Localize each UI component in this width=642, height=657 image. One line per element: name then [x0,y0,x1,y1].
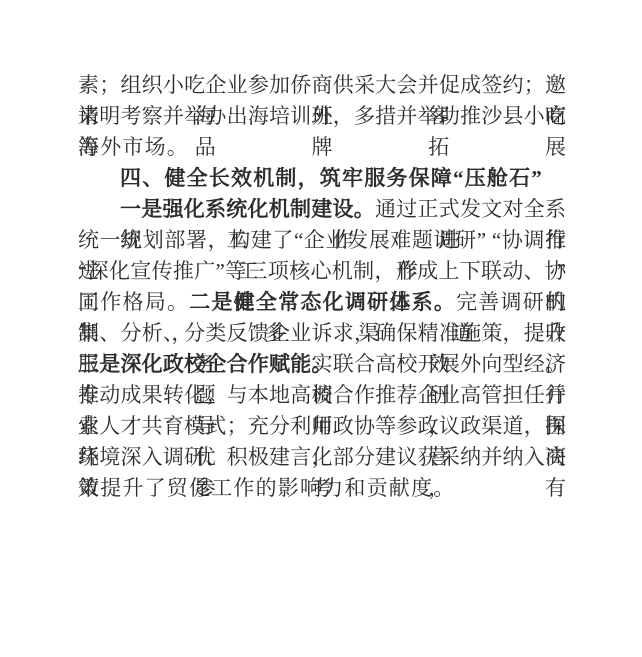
text-line: 一是强化系统化机制建设。通过正式发文对全系统工作进行 [78,194,566,225]
heading-text: 四、健全长效机制，筑牢服务保障“压舱石” [120,166,543,190]
text-line: “深化宣传推广”等三项核心机制，形成上下联动、协同推进的 [78,256,566,287]
text-segment-emphasis: 二是健全常态化调研体系。 [189,290,456,314]
text-segment: 工作格局。 [78,290,189,314]
section-heading: 四、健全长效机制，筑牢服务保障“压舱石” [78,163,566,194]
text-segment: 效提升了贸促工作的影响力和贡献度。 [78,476,455,500]
text-line: 环境深入调研、积极建言，部分建议获采纳并纳入决策参考，有 [78,442,566,473]
text-line: 工作格局。二是健全常态化调研体系。完善调研机制，多渠道收 [78,287,566,318]
text-segment: 海外市场。 [78,135,189,159]
document-body: 素；组织小吃企业参加侨商供采大会并促成签约；邀请海外客商 来明考察并举办出海培训… [78,70,566,504]
text-line: 来明考察并举办出海培训班，多措并举助推沙县小吃等品牌拓展 [78,101,566,132]
text-segment-emphasis: 一是强化系统化机制建设。 [120,197,375,221]
document-page: 素；组织小吃企业参加侨商供采大会并促成签约；邀请海外客商 来明考察并举办出海培训… [0,0,642,657]
text-line: 三是深化政校企合作赋能。联合高校开展外向型经济专题调研并 [78,349,566,380]
text-line: 集、分析、分类反馈企业诉求，确保精准施策，提升服务实效。 [78,318,566,349]
text-line: 统一规划部署，构建了“企业发展难题调研” “协调推进工作” [78,225,566,256]
text-line: 索人才共育模式；充分利用政协等参政议政渠道，围绕优化营商 [78,411,566,442]
text-segment-emphasis: 三是深化政校企合作赋能。 [78,352,333,376]
text-line: 素；组织小吃企业参加侨商供采大会并促成签约；邀请海外客商 [78,70,566,101]
text-line: 推动成果转化；与本地高校合作推荐企业高管担任行业导师，探 [78,380,566,411]
